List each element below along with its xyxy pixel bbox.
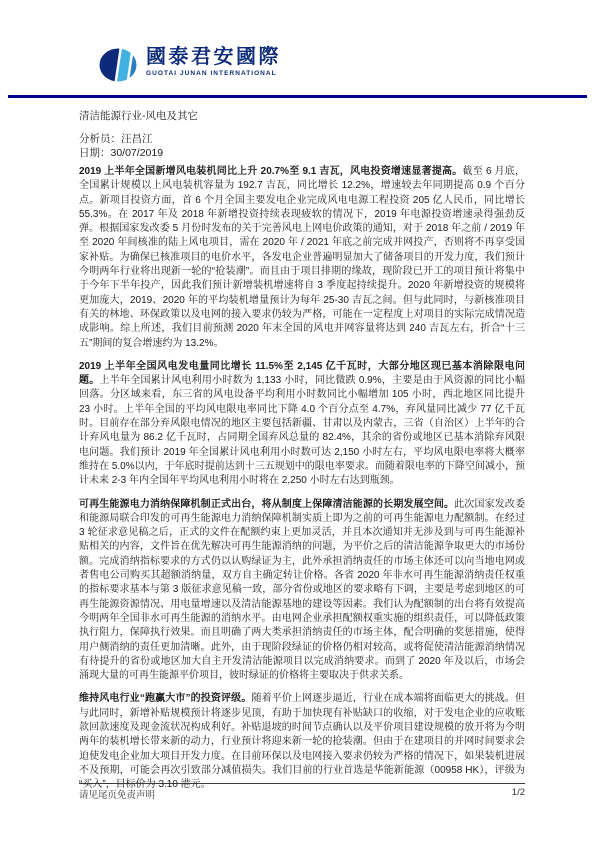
report-body: 2019 上半年全国新增风电装机同比上升 20.7%至 9.1 吉瓦，风电投资增… bbox=[79, 165, 525, 801]
page-number: 1/2 bbox=[512, 787, 525, 801]
paragraph: 2019 上半年全国风电发电量同比增长 11.5%至 2,145 亿千瓦时，大部… bbox=[79, 360, 525, 489]
report-title: 清洁能源行业-风电及其它 bbox=[79, 108, 198, 123]
paragraph-body: 上半年全国累计风电利用小时数为 1,133 小时，同比微跌 0.9%，主要是由于… bbox=[79, 375, 525, 486]
paragraph: 可再生能源电力消纳保障机制正式出台，将从制度上保障清洁能源的长期发展空间。此次国… bbox=[79, 498, 525, 684]
footer-rule bbox=[79, 783, 525, 784]
brand-text: 國泰君安國際 GUOTAI JUNAN INTERNATIONAL bbox=[146, 46, 281, 77]
header-rule bbox=[8, 95, 587, 98]
paragraph: 2019 上半年全国新增风电装机同比上升 20.7%至 9.1 吉瓦，风电投资增… bbox=[79, 165, 525, 351]
report-meta: 分析员：汪昌江 日期：30/07/2019 bbox=[79, 132, 163, 160]
report-page: 國泰君安國際 GUOTAI JUNAN INTERNATIONAL 清洁能源行业… bbox=[0, 0, 595, 841]
paragraph-body: 截至 6 月底，全国累计规模以上风电装机容量为 192.7 吉瓦，同比增长 12… bbox=[79, 166, 525, 349]
paragraph-lead: 2019 上半年全国新增风电装机同比上升 20.7%至 9.1 吉瓦，风电投资增… bbox=[79, 166, 463, 177]
paragraph-lead: 可再生能源电力消纳保障机制正式出台，将从制度上保障清洁能源的长期发展空间。 bbox=[79, 499, 454, 510]
paragraph-body: 此次国家发改委和能源局联合印发的可再生能源电力消纳保障机制实质上即为之前的可再生… bbox=[79, 499, 525, 682]
analyst-line: 分析员：汪昌江 bbox=[79, 132, 163, 146]
page-footer: 请见尾页免责声明 1/2 bbox=[79, 787, 525, 801]
paragraph: 维持风电行业“跑赢大市”的投资评级。随着平价上网逐步逼近，行业在成本端将面临更大… bbox=[79, 692, 525, 792]
disclaimer-note: 请见尾页免责声明 bbox=[79, 787, 155, 801]
date-line: 日期：30/07/2019 bbox=[79, 146, 163, 160]
brand-subtitle: GUOTAI JUNAN INTERNATIONAL bbox=[146, 70, 281, 77]
brand-header: 國泰君安國際 GUOTAI JUNAN INTERNATIONAL bbox=[99, 46, 281, 82]
brand-name: 國泰君安國際 bbox=[146, 46, 281, 68]
paragraph-body: 随着平价上网逐步逼近，行业在成本端将面临更大的挑战。但与此同时，新增补贴规模预计… bbox=[79, 693, 525, 790]
paragraph-lead: 维持风电行业“跑赢大市”的投资评级。 bbox=[79, 693, 251, 704]
guotai-junan-logo-icon bbox=[99, 48, 137, 82]
